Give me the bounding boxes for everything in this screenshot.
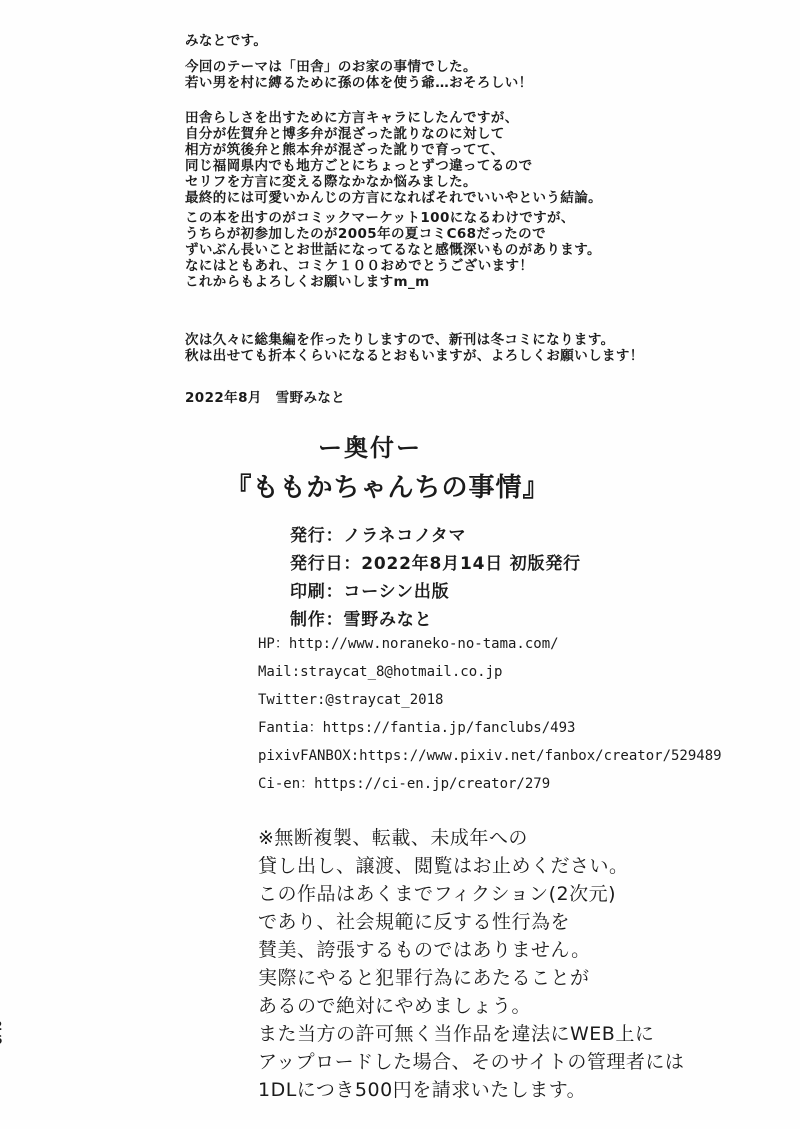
colophon-header: ー奥付ー [160,433,580,463]
afterword-line: 最終的には可愛いかんじの方言になればそれでいいやという結論。 [185,190,602,206]
disclaimer-line: 貸し出し、譲渡、閲覧はお止めください。 [258,852,684,880]
afterword-line: 秋は出せても折本くらいになるとおもいますが、よろしくお願いします！ [185,348,644,364]
disclaimer-line: 賛美、誇張するものではありません。 [258,936,684,964]
afterword-line: この本を出すのがコミックマーケット100になるわけですが、 [185,210,601,226]
disclaimer-line: 1DLにつき500円を請求いたします。 [258,1076,684,1104]
disclaimer-line: この作品はあくまでフィクション(2次元) [258,880,684,908]
afterword-line: ずいぶん長いことお世話になってるなと感慨深いものがあります。 [185,242,601,258]
date-signature: 2022年8月 雪野みなと [185,390,345,406]
contact-line: Ci-en：https://ci-en.jp/creator/279 [258,770,722,798]
colophon-page: 26 みなとです。 今回のテーマは「田舎」のお家の事情でした。若い男を村に縛るた… [0,0,800,1129]
publication-detail-line: 発行：ノラネコノタマ [290,522,581,550]
afterword-line: 田舎らしさを出すために方言キャラにしたんですが、 [185,110,602,126]
disclaimer-line: であり、社会規範に反する性行為を [258,908,684,936]
contact-line: Fantia：https://fantia.jp/fanclubs/493 [258,714,722,742]
afterword-line: みなとです。 [185,33,267,49]
publication-detail-line: 印刷：コーシン出版 [290,578,581,606]
afterword-line: 相方が筑後弁と熊本弁が混ざった訛りで育ってて、 [185,142,602,158]
afterword-paragraph-comiket: この本を出すのがコミックマーケット100になるわけですが、うちらが初参加したのが… [185,210,601,290]
page-number-digit: 6 [0,1033,2,1047]
publication-details: 発行：ノラネコノタマ発行日：2022年8月14日 初版発行印刷：コーシン出版制作… [290,522,581,634]
afterword-line: 自分が佐賀弁と博多弁が混ざった訛りなのに対して [185,126,602,142]
copyright-disclaimer: ※無断複製、転載、未成年への貸し出し、譲渡、閲覧はお止めください。この作品はあく… [258,824,684,1104]
contact-line: pixivFANBOX:https://www.pixiv.net/fanbox… [258,742,722,770]
afterword-paragraph-theme: 今回のテーマは「田舎」のお家の事情でした。若い男を村に縛るために孫の体を使う爺…… [185,59,533,91]
doujin-title: 『ももかちゃんちの事情』 [165,471,610,505]
disclaimer-line: ※無断複製、転載、未成年への [258,824,684,852]
publication-detail-line: 発行日：2022年8月14日 初版発行 [290,550,581,578]
afterword-line: 今回のテーマは「田舎」のお家の事情でした。 [185,59,533,75]
afterword-line: 次は久々に総集編を作ったりしますので、新刊は冬コミになります。 [185,332,644,348]
contact-line: Twitter:@straycat_2018 [258,686,722,714]
disclaimer-line: アップロードした場合、そのサイトの管理者には [258,1048,684,1076]
contact-line: HP：http://www.noraneko-no-tama.com/ [258,630,722,658]
afterword-line: 同じ福岡県内でも地方ごとにちょっとずつ違ってるので [185,158,602,174]
contact-line: Mail:straycat_8@hotmail.co.jp [258,658,722,686]
disclaimer-line: あるので絶対にやめましょう。 [258,992,684,1020]
afterword-paragraph-nextbook: 次は久々に総集編を作ったりしますので、新刊は冬コミになります。秋は出せても折本く… [185,332,644,364]
page-number-digit: 2 [0,1019,2,1033]
afterword-line: 若い男を村に縛るために孫の体を使う爺…おそろしい！ [185,75,533,91]
disclaimer-line: 実際にやると犯罪行為にあたることが [258,964,684,992]
afterword-line: これからもよろしくお願いしますm_m [185,274,601,290]
afterword-paragraph-greeting: みなとです。 [185,33,267,49]
afterword-paragraph-dialect: 田舎らしさを出すために方言キャラにしたんですが、自分が佐賀弁と博多弁が混ざった訛… [185,110,602,206]
afterword-line: うちらが初参加したのが2005年の夏コミC68だったので [185,226,601,242]
afterword-line: セリフを方言に変える際なかなか悩みました。 [185,174,602,190]
page-number: 26 [0,1019,2,1047]
contact-links: HP：http://www.noraneko-no-tama.com/Mail:… [258,630,722,798]
disclaimer-line: また当方の許可無く当作品を違法にWEB上に [258,1020,684,1048]
afterword-line: なにはともあれ、コミケ１００おめでとうございます！ [185,258,601,274]
